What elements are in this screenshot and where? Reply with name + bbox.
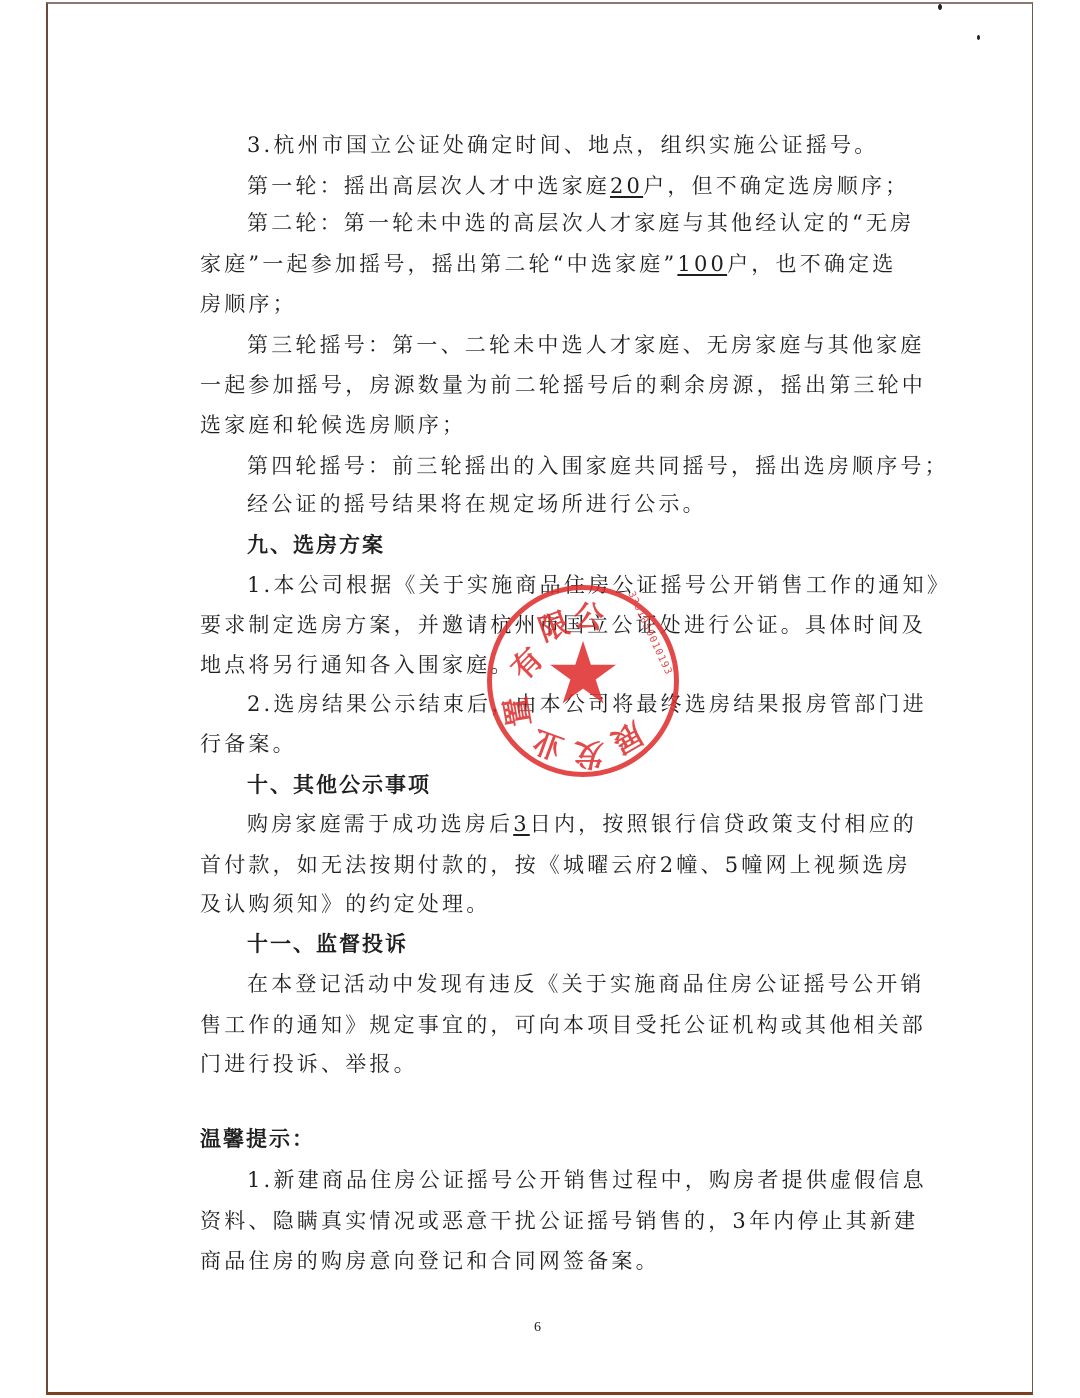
scan-speck: [938, 4, 942, 10]
paragraph-line: 第一轮：摇出高层次人才中选家庭20户，但不确定选房顺序；: [247, 172, 888, 200]
page-number: 6: [534, 1320, 541, 1336]
paragraph-line: 3.杭州市国立公证处确定时间、地点，组织实施公证摇号。: [247, 131, 888, 159]
paragraph-line: 门进行投诉、举报。: [200, 1050, 888, 1078]
scan-speck: [977, 35, 980, 40]
paragraph-line: 1.新建商品住房公证摇号公开销售过程中，购房者提供虚假信息: [247, 1166, 888, 1194]
underlined-value: 20: [610, 174, 643, 198]
paragraph-line: 第二轮：第一轮未中选的高层次人才家庭与其他经认定的“无房: [247, 209, 888, 237]
paragraph-line: 第三轮摇号：第一、二轮未中选人才家庭、无房家庭与其他家庭: [247, 331, 888, 359]
company-seal: ★ 限 公 有 置 业 发 展 3301050010193: [487, 585, 679, 777]
paragraph-line: 商品住房的购房意向登记和合同网签备案。: [200, 1247, 888, 1275]
paragraph-line: 家庭”一起参加摇号，摇出第二轮“中选家庭”100户，也不确定选: [200, 250, 888, 278]
section-heading: 十一、监督投诉: [247, 930, 888, 958]
paragraph-line: 及认购须知》的约定处理。: [200, 890, 888, 918]
underlined-value: 100: [677, 252, 727, 276]
paragraph-line: 在本登记活动中发现有违反《关于实施商品住房公证摇号公开销: [247, 970, 888, 998]
paragraph-line: 售工作的通知》规定事宜的，可向本项目受托公证机构或其他相关部: [200, 1011, 888, 1039]
paragraph-line: 经公证的摇号结果将在规定场所进行公示。: [247, 490, 888, 518]
section-heading: 九、选房方案: [247, 531, 888, 559]
paragraph-line: 一起参加摇号，房源数量为前二轮摇号后的剩余房源，摇出第三轮中: [200, 371, 888, 399]
paragraph-line: 第四轮摇号：前三轮摇出的入围家庭共同摇号，摇出选房顺序号；: [247, 452, 888, 480]
paragraph-line: 资料、隐瞒真实情况或恶意干扰公证摇号销售的，3年内停止其新建: [200, 1207, 888, 1235]
paragraph-line: 首付款，如无法按期付款的，按《城曜云府2幢、5幢网上视频选房: [200, 851, 888, 879]
tips-heading: 温馨提示：: [200, 1125, 888, 1153]
paragraph-line: 房顺序；: [200, 290, 888, 318]
paragraph-line: 选家庭和轮候选房顺序；: [200, 411, 888, 439]
paragraph-line: 购房家庭需于成功选房后3日内，按照银行信贷政策支付相应的: [247, 810, 888, 838]
underlined-value: 3: [513, 812, 530, 836]
